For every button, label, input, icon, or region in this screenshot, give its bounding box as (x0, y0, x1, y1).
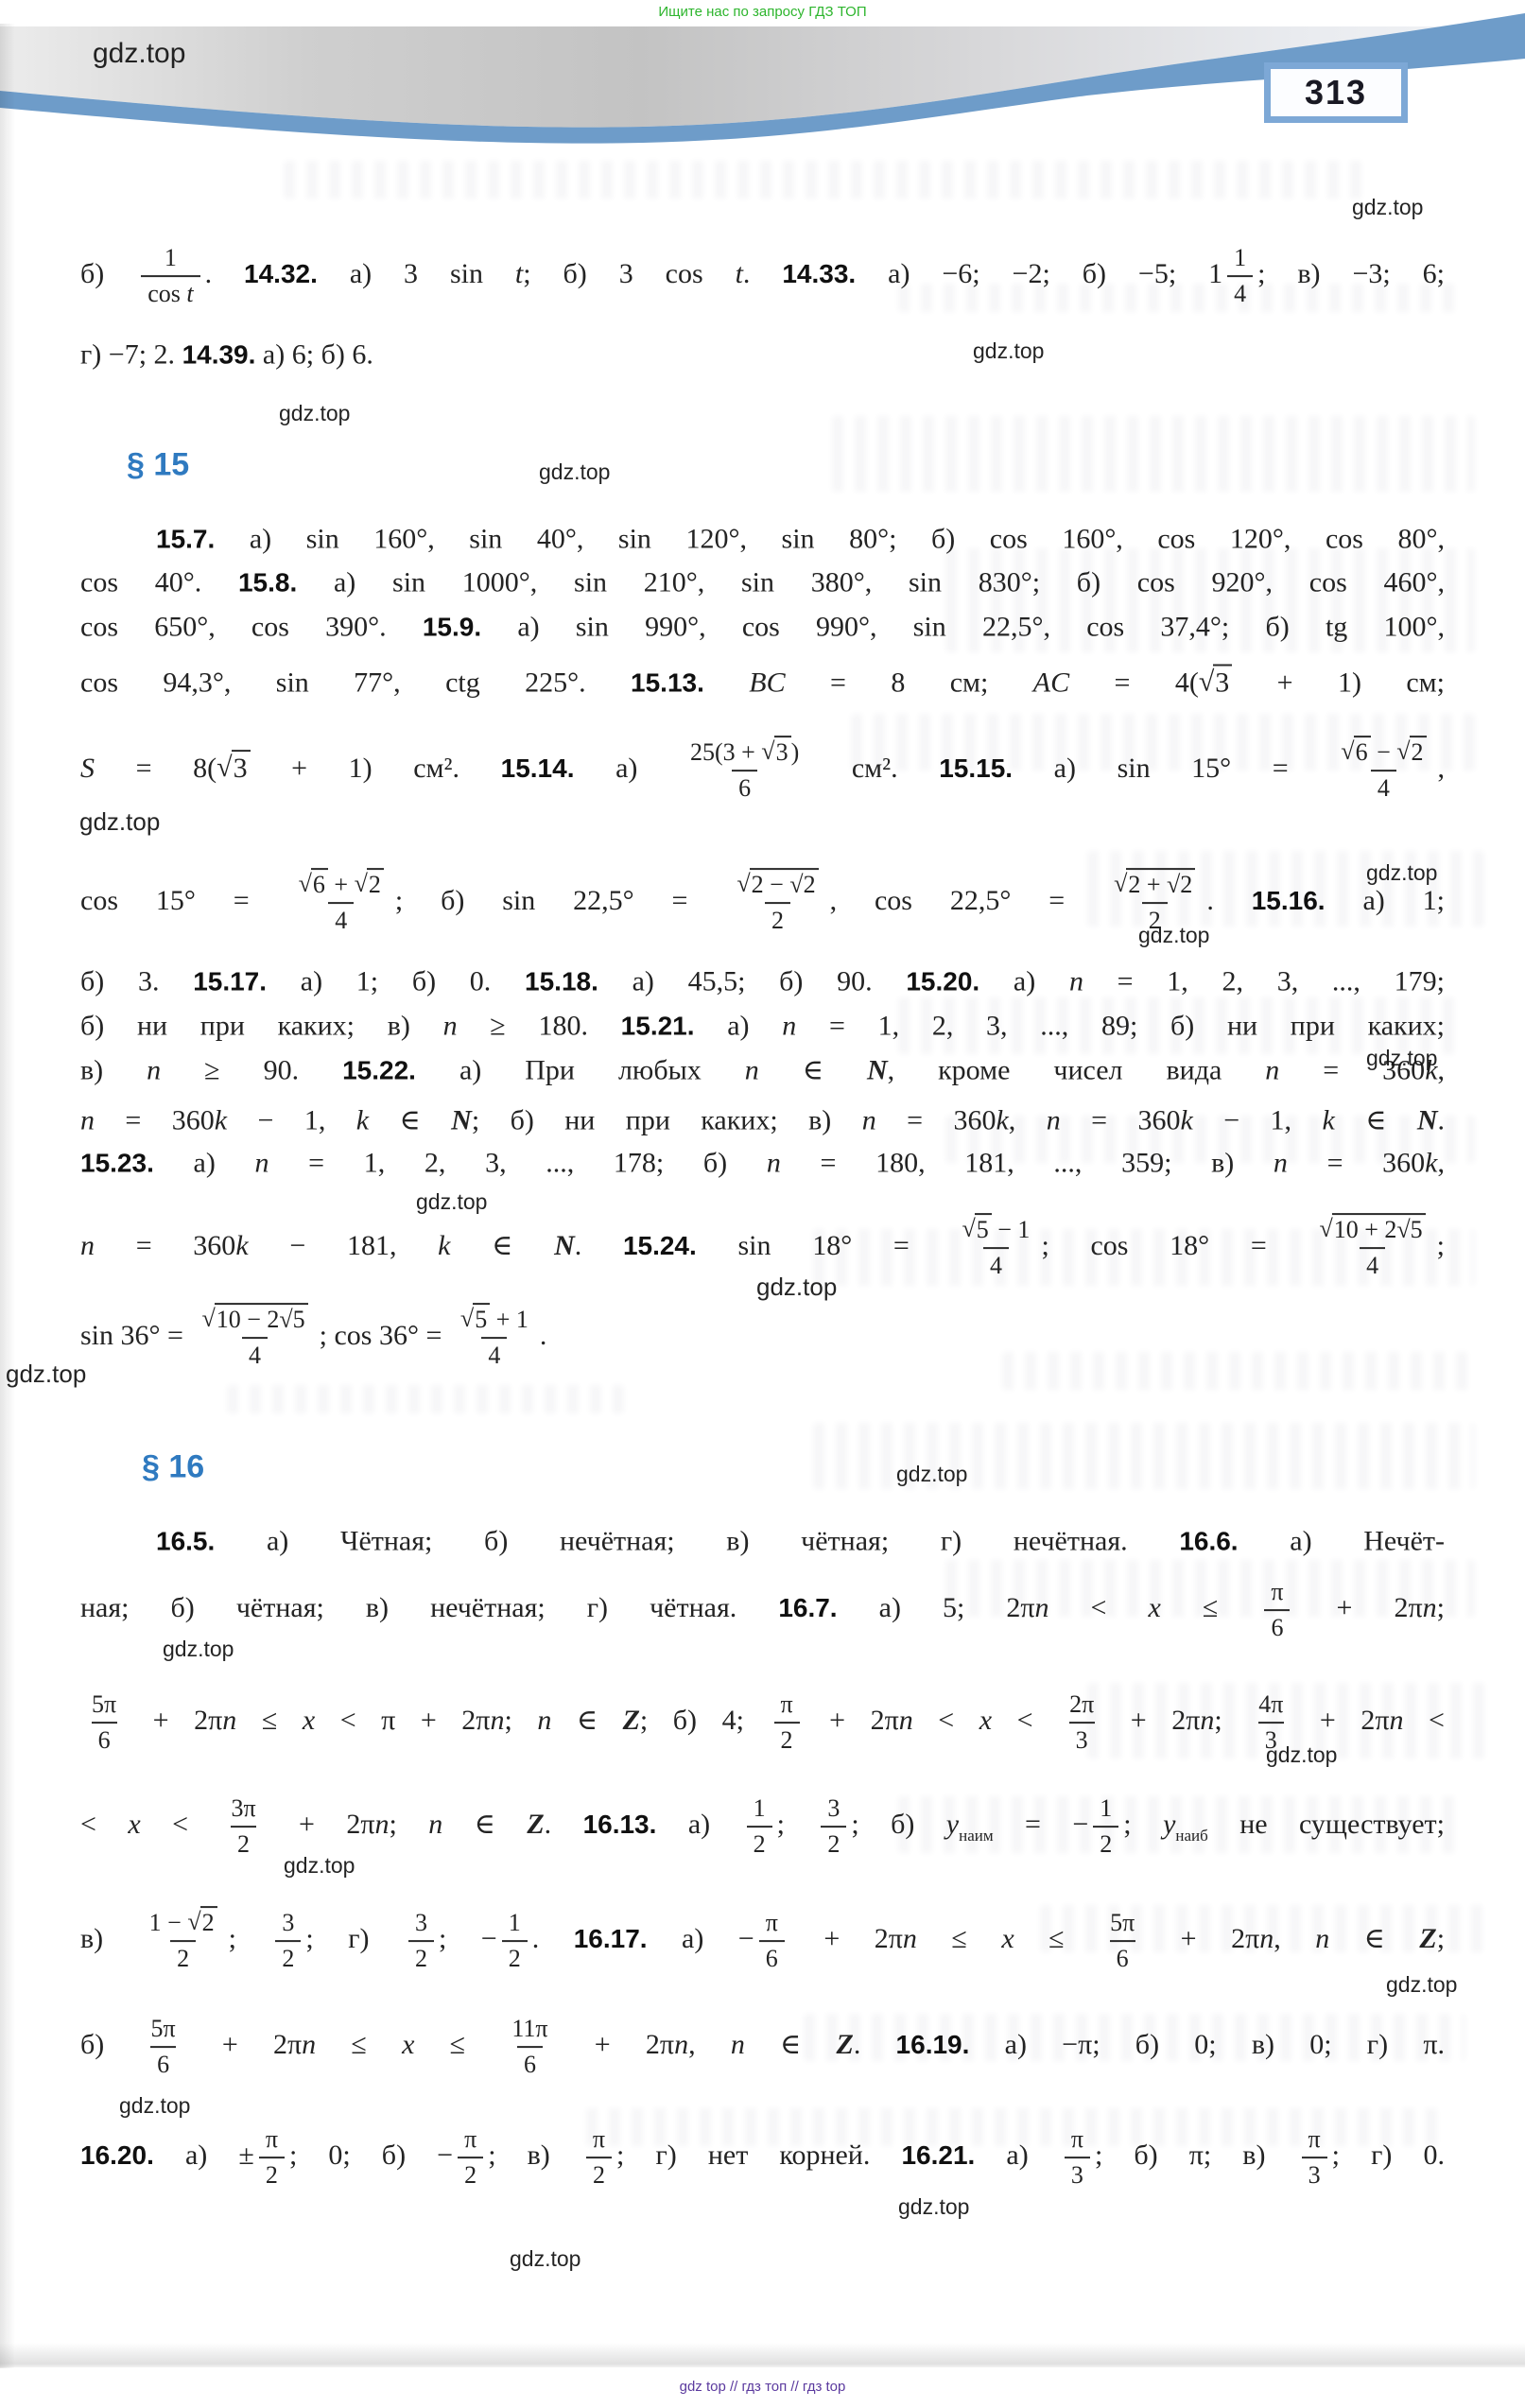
gdz-watermark: gdz.top (1366, 860, 1437, 886)
book-page-scan: Ищите нас по запросу ГДЗ ТОП 313 б) 1cos… (0, 0, 1525, 2408)
gdz-watermark: gdz.top (756, 1273, 837, 1302)
gdz-watermark: gdz.top (1266, 1742, 1337, 1768)
gdz-watermark: gdz.top (119, 2093, 190, 2119)
watermarks: gdz.topgdz.topgdz.topgdz.topgdz.topgdz.t… (0, 0, 1525, 2408)
gdz-watermark: gdz.top (163, 1637, 234, 1662)
gdz-watermark: gdz.top (1138, 923, 1209, 948)
gdz-watermark: gdz.top (896, 1462, 967, 1487)
gdz-watermark: gdz.top (6, 1360, 86, 1389)
gdz-watermark: gdz.top (539, 459, 610, 485)
gdz-watermark: gdz.top (1352, 195, 1423, 220)
gdz-watermark: gdz.top (1386, 1972, 1457, 1998)
gdz-watermark: gdz.top (1366, 1046, 1437, 1071)
gdz-watermark: gdz.top (973, 338, 1044, 364)
screenshot-root: { "banner": {"text": "Ищите нас по запро… (0, 0, 1525, 2408)
gdz-watermark: gdz.top (279, 401, 350, 426)
gdz-watermark: gdz.top (416, 1189, 487, 1215)
scan-bottom-edge (0, 2343, 1525, 2367)
gdz-watermark: gdz.top (284, 1853, 355, 1879)
scan-left-edge (0, 24, 15, 2368)
gdz-watermark: gdz.top (79, 807, 160, 837)
gdz-watermark: gdz.top (93, 38, 185, 70)
gdz-watermark: gdz.top (510, 2246, 581, 2272)
gdz-watermark: gdz.top (898, 2194, 969, 2220)
footer-site-line: gdz top // гдз топ // гдз top (0, 2379, 1525, 2395)
